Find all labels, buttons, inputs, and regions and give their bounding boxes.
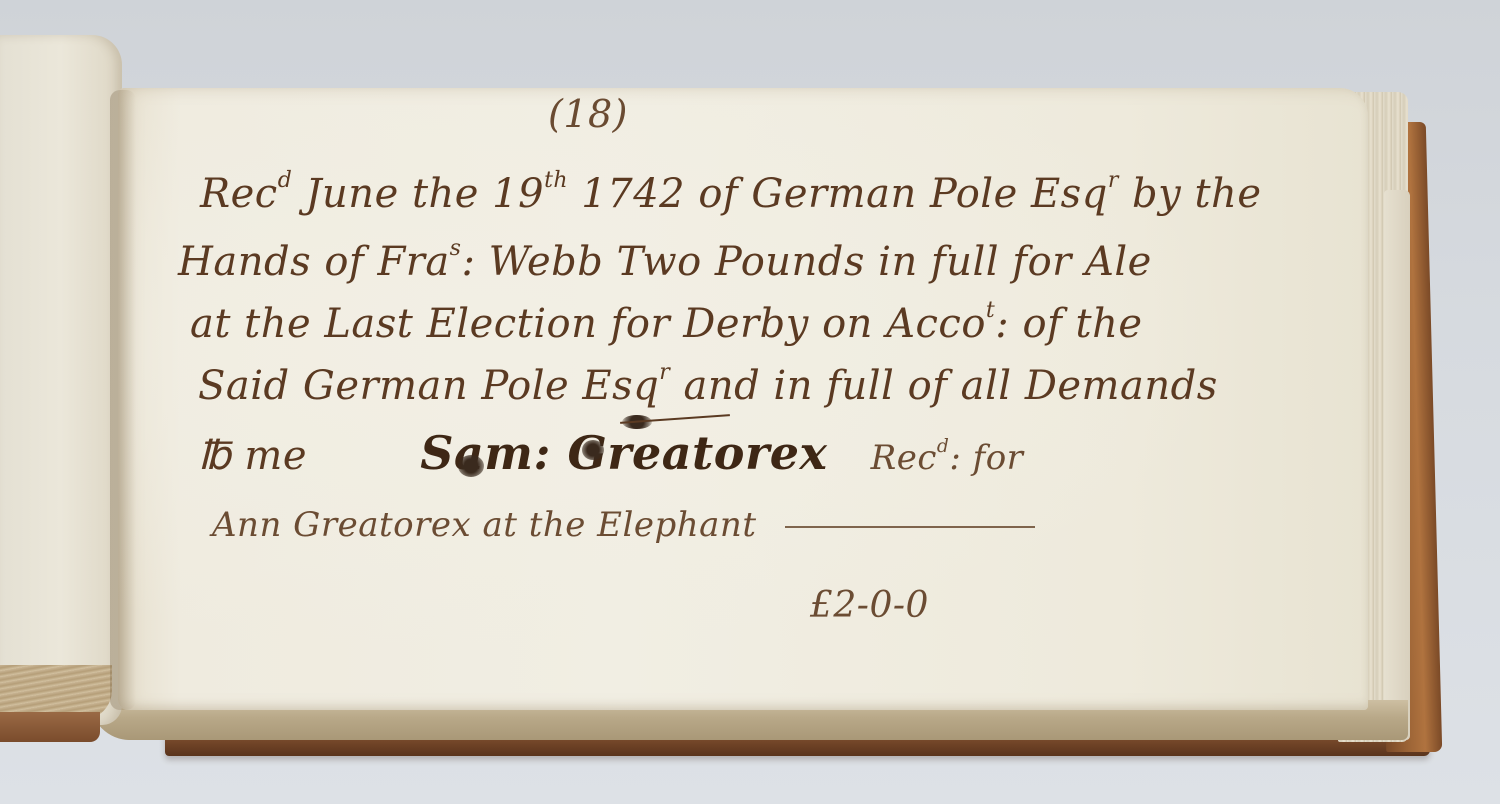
ink-blot (458, 455, 484, 477)
closing-rule (785, 526, 1035, 528)
page-block-inner-tab (1384, 190, 1410, 740)
page-number: (18) (548, 92, 628, 136)
left-cover-edge (0, 712, 100, 742)
receipt-line-4: Said German Pole Esqr and in full of all… (198, 362, 1218, 406)
sup-d: d (278, 168, 293, 193)
receipt-line-5-signature: ℔ me Sam: Greatorex Recd: for (198, 430, 1023, 476)
text-all-demands: and in full of all Demands (670, 363, 1217, 409)
text-date: June the 19 (292, 171, 544, 217)
gutter-shadow (110, 90, 136, 710)
text-by-the: by the (1119, 171, 1262, 217)
text-last-election: at the Last Election for Derby on Acco (190, 301, 986, 347)
ink-blot (582, 440, 604, 460)
text-for: : for (949, 438, 1023, 478)
text-rec: Rec (871, 438, 937, 478)
sup-d: d (937, 436, 949, 457)
text-per-me: ℔ me (198, 433, 307, 479)
text-webb-two-pounds: : Webb Two Pounds in full for Ale (461, 239, 1151, 285)
text-payer: 1742 of German Pole Esq (568, 171, 1108, 217)
text-rec: Rec (200, 171, 278, 217)
text-hands-of: Hands of Fra (178, 239, 450, 285)
sup-s: s (450, 236, 462, 261)
amount: £2-0-0 (810, 585, 929, 626)
receipt-line-2: Hands of Fras: Webb Two Pounds in full f… (178, 238, 1152, 282)
sup-r: r (1108, 168, 1119, 193)
receipt-line-6: Ann Greatorex at the Elephant (212, 508, 1035, 542)
receipt-line-1: Recd June the 19th 1742 of German Pole E… (200, 170, 1261, 214)
text-recd-for: Recd: for (871, 438, 1024, 478)
text-said-german-pole: Said German Pole Esq (198, 363, 659, 409)
text-ann-greatorex-elephant: Ann Greatorex at the Elephant (212, 505, 757, 545)
text-of-the: : of the (995, 301, 1142, 347)
sup-th: th (544, 168, 568, 193)
photo-scene: (18) Recd June the 19th 1742 of German P… (0, 0, 1500, 804)
sup-t: t (986, 298, 995, 323)
sup-r: r (659, 360, 670, 385)
left-page-curl (0, 35, 122, 725)
receipt-line-3: at the Last Election for Derby on Accot:… (190, 300, 1143, 344)
